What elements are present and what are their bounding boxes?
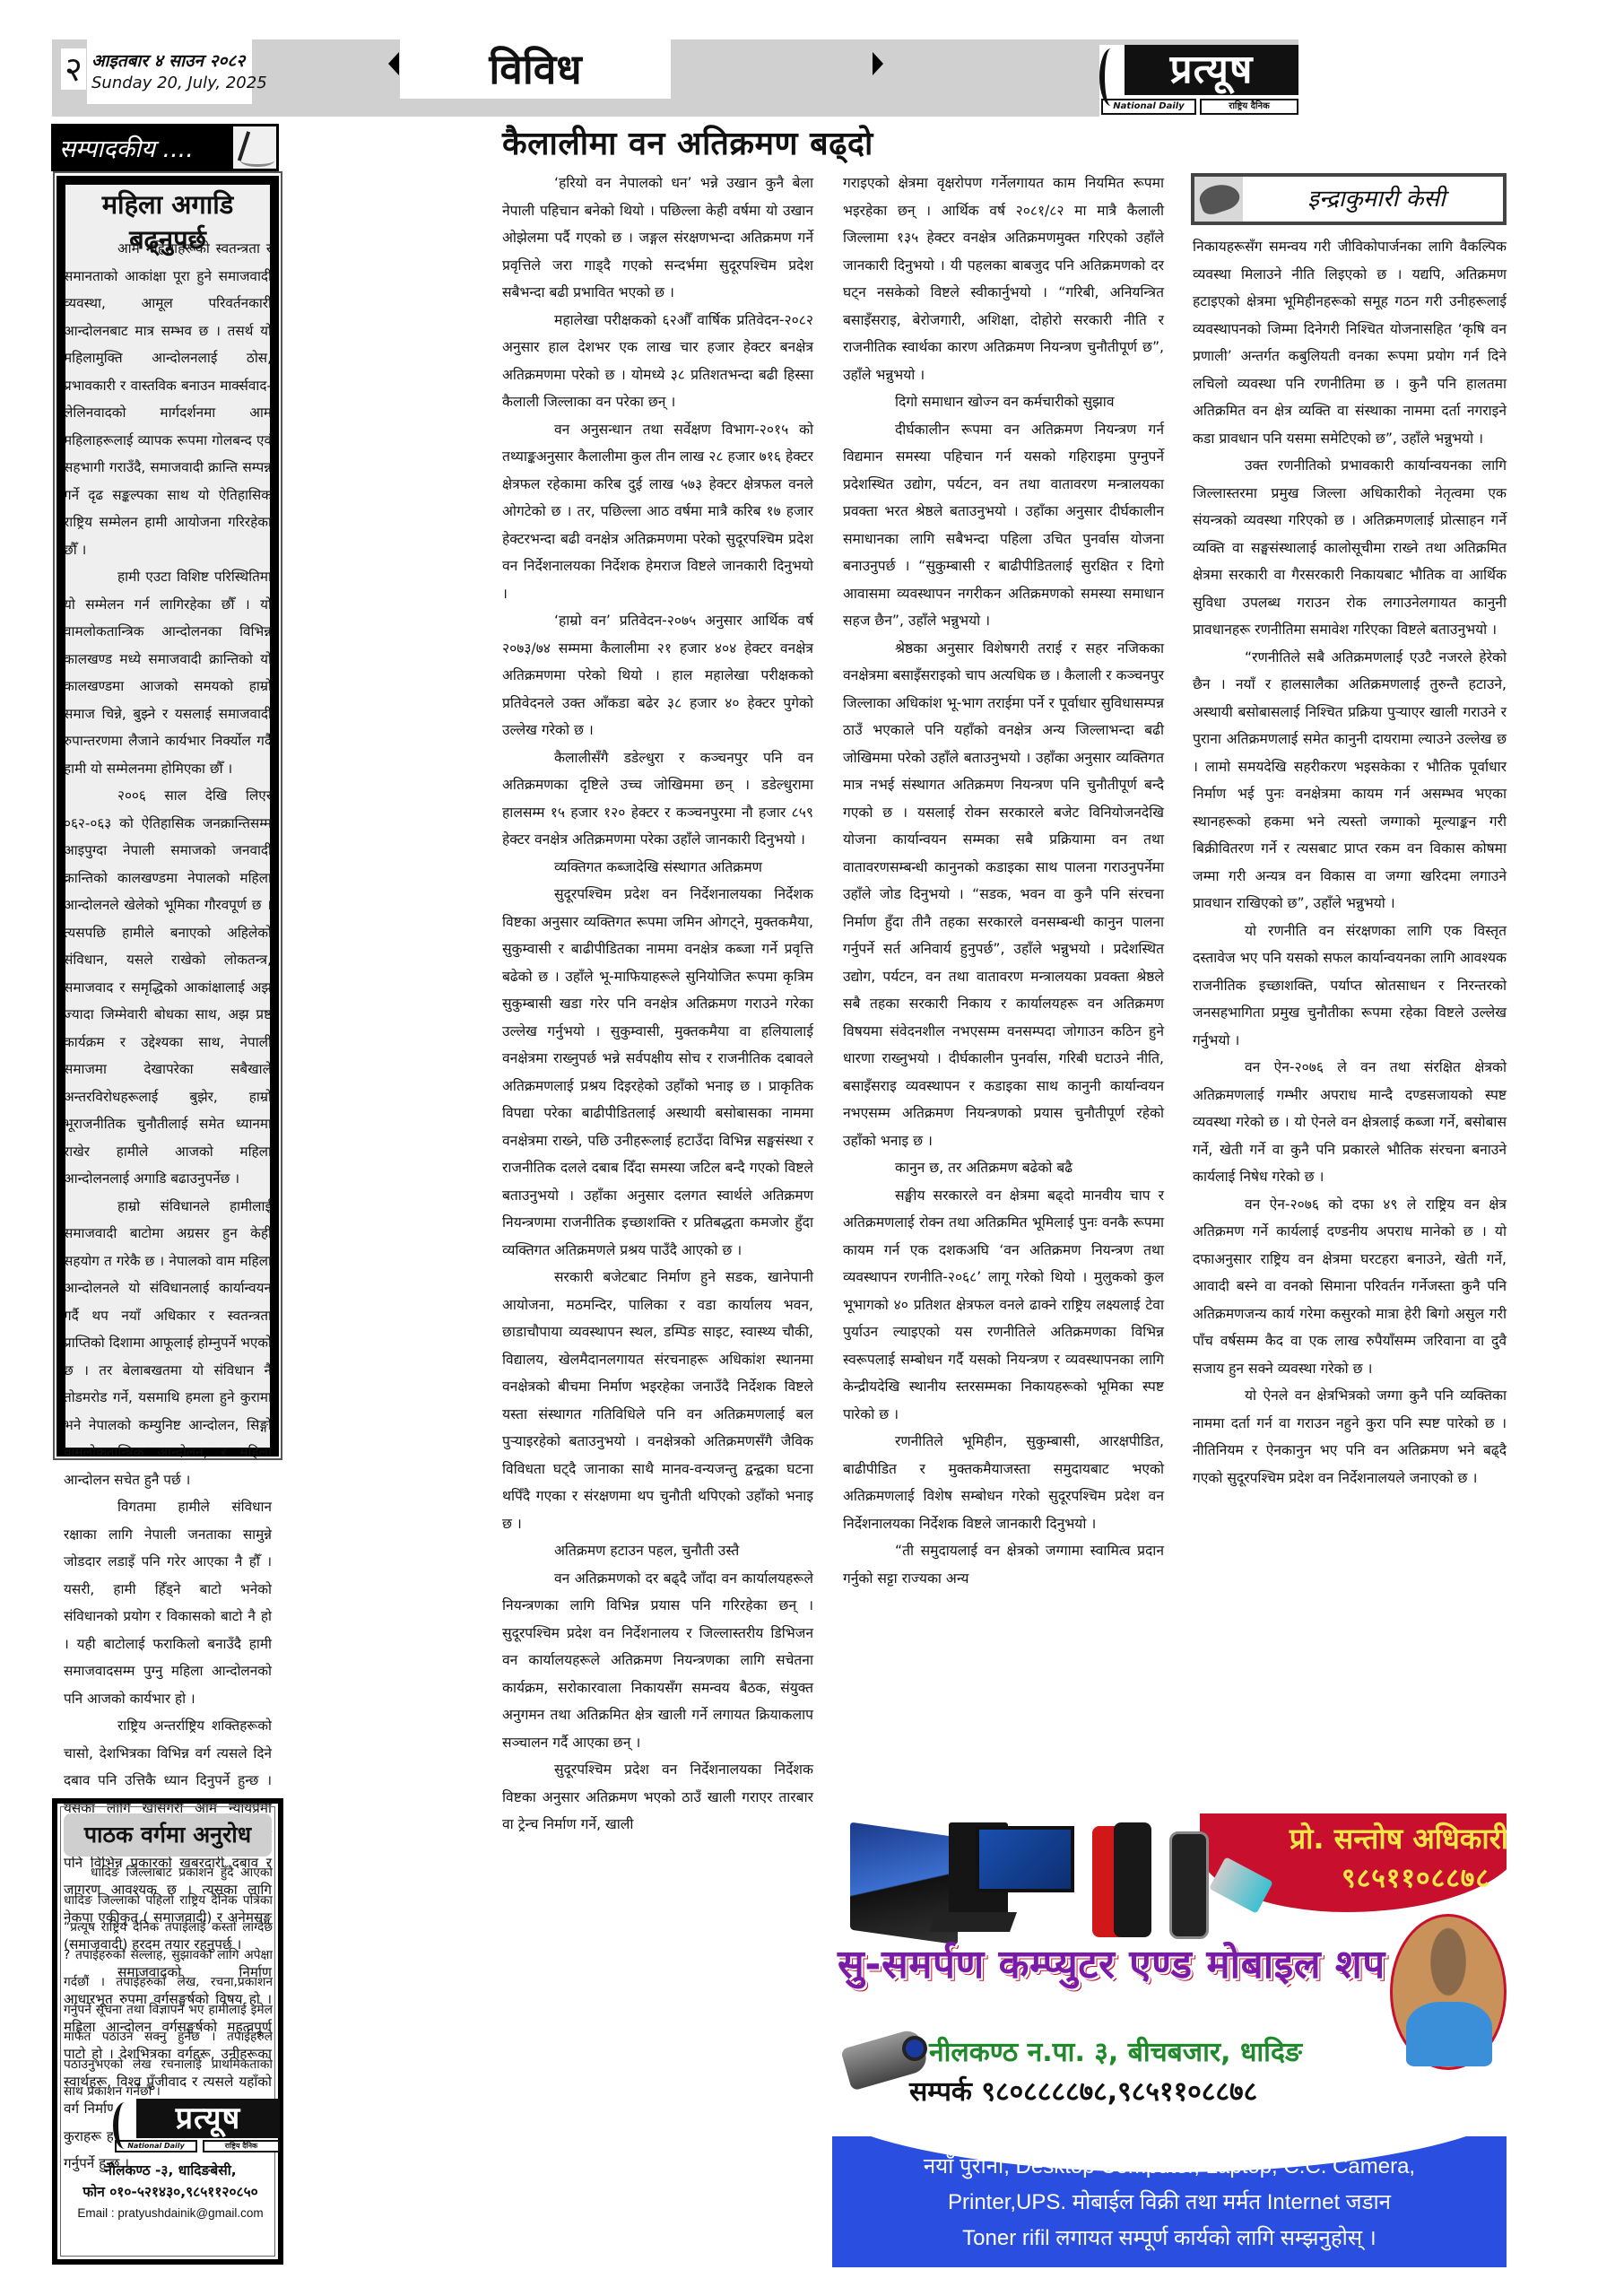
logo-sub-english: National Daily [115, 2140, 197, 2152]
article-paragraph: सङ्घीय सरकारले वन क्षेत्रमा बढ्दो मानवीय… [843, 1182, 1164, 1429]
logo-name: प्रत्यूष [136, 2099, 280, 2138]
ad-contact: सम्पर्क ९८०८८८८७८,९८५११०८८७८ [909, 2072, 1257, 2109]
section-title: विविध [400, 39, 671, 99]
article-subheading: अतिक्रमण हटाउन पहल, चुनौती उस्तै [502, 1537, 813, 1565]
article-headline: कैलालीमा वन अतिक्रमण बढ्दो [502, 120, 1184, 164]
footer-logo: प्रत्यूष National Daily राष्ट्रिय दैनिक [113, 2099, 278, 2152]
masthead-logo: प्रत्यूष National Daily राष्ट्रिय दैनिक [1099, 45, 1298, 117]
article-paragraph: महालेखा परीक्षकको ६२औँ वार्षिक प्रतिवेदन… [502, 307, 813, 416]
article-paragraph: गराइएको क्षेत्रमा वृक्षरोपण गर्नेलगायत क… [843, 170, 1164, 388]
article-paragraph: वन अतिक्रमणको दर बढ्दै जाँदा वन कार्यालय… [502, 1565, 813, 1757]
ad-address: नीलकण्ठ न.पा. ३, बीचबजार, धादिङ [929, 2032, 1302, 2069]
ad-services: नयाँ पुराना, Desktop Computer, Laptop, C… [841, 2149, 1498, 2257]
smartphone-black-icon [1114, 1822, 1151, 1937]
article-paragraph: यो ऐनले वन क्षेत्रभित्रको जग्गा कुनै पनि… [1193, 1382, 1507, 1492]
editorial-paragraph: २००६ साल देखि लिएर ०६२-०६३ को ऐतिहासिक ज… [64, 782, 272, 1193]
contact-info: नीलकण्ठ -३, धादिङबेसी, फोन ०१०-५२१४३०,९८… [59, 2160, 282, 2203]
reader-request-body: धादिङ जिल्लाबाट प्रकाशन हुँदै आएको धादिङ… [64, 1859, 273, 2106]
editorial-paragraph: विगतमा हामीले संविधान रक्षाका लागि नेपाल… [64, 1493, 272, 1712]
logo-sub-nepali: राष्ट्रिय दैनिक [203, 2140, 280, 2152]
article-paragraph: दीर्घकालीन रूपमा वन अतिक्रमण नियन्त्रण ग… [843, 416, 1164, 635]
article-paragraph: उक्त रणनीतिको प्रभावकारी कार्यान्वयनका ल… [1193, 452, 1507, 644]
date-english: Sunday 20, July, 2025 [91, 74, 267, 92]
cctv-lens-icon [902, 2036, 927, 2061]
ad-services-line: नयाँ पुराना, Desktop Computer, Laptop, C… [841, 2149, 1498, 2185]
logo-sub-nepali: राष्ट्रिय दैनिक [1200, 99, 1298, 115]
article-paragraph: वन अनुसन्धान तथा सर्वेक्षण विभाग-२०१५ को… [502, 416, 813, 608]
article-column-3: निकायहरूसँग समन्वय गरी जीविकोपार्जनका ला… [1193, 233, 1507, 1492]
office-phone: फोन ०१०-५२१४३०,९८५११२०८५० [59, 2181, 282, 2203]
article-paragraph: “रणनीतिले सबै अतिक्रमणलाई एउटै नजरले हेर… [1193, 644, 1507, 918]
ad-shop-name: सु-समर्पण कम्प्युटर एण्ड मोबाइल शप [838, 1935, 1394, 1989]
shop-advertisement: प्रो. सन्तोष अधिकारी ९८५११०८८७८ सु-समर्प… [832, 1813, 1507, 2267]
article-paragraph: श्रेष्ठका अनुसार विशेषगरी तराई र सहर नजि… [843, 635, 1164, 1155]
logo-name: प्रत्यूष [1125, 45, 1298, 95]
editorial-label: सम्पादकीय .... [59, 131, 194, 164]
article-author: इन्द्राकुमारी केसी [1255, 177, 1498, 222]
article-subheading: कानुन छ, तर अतिक्रमण बढेको बढै [843, 1154, 1164, 1182]
article-paragraph: यो रणनीति वन संरक्षणका लागि एक विस्तृत द… [1193, 918, 1507, 1055]
page-number: २ [61, 48, 86, 90]
triangle-right-icon [873, 52, 883, 75]
article-paragraph: “ती समुदायलाई वन क्षेत्रको जग्गामा स्वाम… [843, 1537, 1164, 1592]
ad-services-line: Toner rifil लगायत सम्पूर्ण कार्यको लागि … [841, 2221, 1498, 2257]
editorial-paragraph: हामी एउटा विशिष्ट परिस्थितिमा यो सम्मेलन… [64, 563, 272, 782]
article-paragraph: कैलालीसँगै डडेल्धुरा र कञ्चनपुर पनि वन अ… [502, 744, 813, 854]
article-paragraph: सुदूरपश्चिम प्रदेश वन निर्देशनालयका निर्… [502, 881, 813, 1264]
logo-sub-english: National Daily [1101, 99, 1196, 115]
editorial-paragraph: हाम्रो संविधानले हामीलाई समाजवादी बाटोमा… [64, 1193, 272, 1494]
article-subheading: व्यक्तिगत कब्जादेखि संस्थागत अतिक्रमण [502, 854, 813, 882]
article-paragraph: वन ऐन-२०७६ को दफा ४९ ले राष्ट्रिय वन क्ष… [1193, 1191, 1507, 1383]
article-paragraph: सुदूरपश्चिम प्रदेश वन निर्देशनालयका निर्… [502, 1756, 813, 1839]
triangle-left-icon [388, 52, 399, 75]
article-paragraph: सरकारी बजेटबाट निर्माण हुने सडक, खानेपान… [502, 1264, 813, 1537]
article-paragraph: वन ऐन-२०७६ ले वन तथा संरक्षित क्षेत्रको … [1193, 1054, 1507, 1191]
article-subheading: दिगो समाधान खोज्न वन कर्मचारीको सुझाव [843, 388, 1164, 416]
feather-icon [1099, 48, 1123, 106]
article-paragraph: रणनीतिले भूमिहीन, सुकुम्बासी, आरक्षपीडित… [843, 1428, 1164, 1537]
pen-swoosh-icon [240, 154, 274, 167]
article-column-1: ‘हरियो वन नेपालको धन’ भन्ने उखान कुनै बे… [502, 170, 813, 1839]
date-nepali: आइतबार ४ साउन २०८२ [91, 48, 245, 72]
reader-request-title: पाठक वर्गमा अनुरोध [64, 1813, 272, 1857]
editorial-paragraph: आम महिलाहरूको स्वतन्त्रता र समानताको आका… [64, 235, 272, 563]
monitor-icon [976, 1826, 1074, 1892]
keyboard-icon [929, 1912, 1017, 1932]
office-address: नीलकण्ठ -३, धादिङबेसी, [59, 2160, 282, 2181]
ad-proprietor-name: प्रो. सन्तोष अधिकारी [1221, 1819, 1507, 1857]
article-paragraph: निकायहरूसँग समन्वय गरी जीविकोपार्जनका ला… [1193, 233, 1507, 452]
proprietor-photo-shirt [1406, 2002, 1492, 2066]
ad-services-line: Printer,UPS. मोबाईल विक्री तथा मर्मत Int… [841, 2185, 1498, 2221]
article-paragraph: ‘हरियो वन नेपालको धन’ भन्ने उखान कुनै बे… [502, 170, 813, 307]
reader-request-text: धादिङ जिल्लाबाट प्रकाशन हुँदै आएको धादिङ… [64, 1859, 273, 2106]
office-email[interactable]: Email : pratyushdainik@gmail.com [59, 2205, 282, 2222]
article-column-2: गराइएको क्षेत्रमा वृक्षरोपण गर्नेलगायत क… [843, 170, 1164, 1592]
smartphone-icon [1169, 1831, 1209, 1939]
article-paragraph: ‘हाम्रो वन’ प्रतिवेदन-२०७५ अनुसार आर्थिक… [502, 607, 813, 744]
